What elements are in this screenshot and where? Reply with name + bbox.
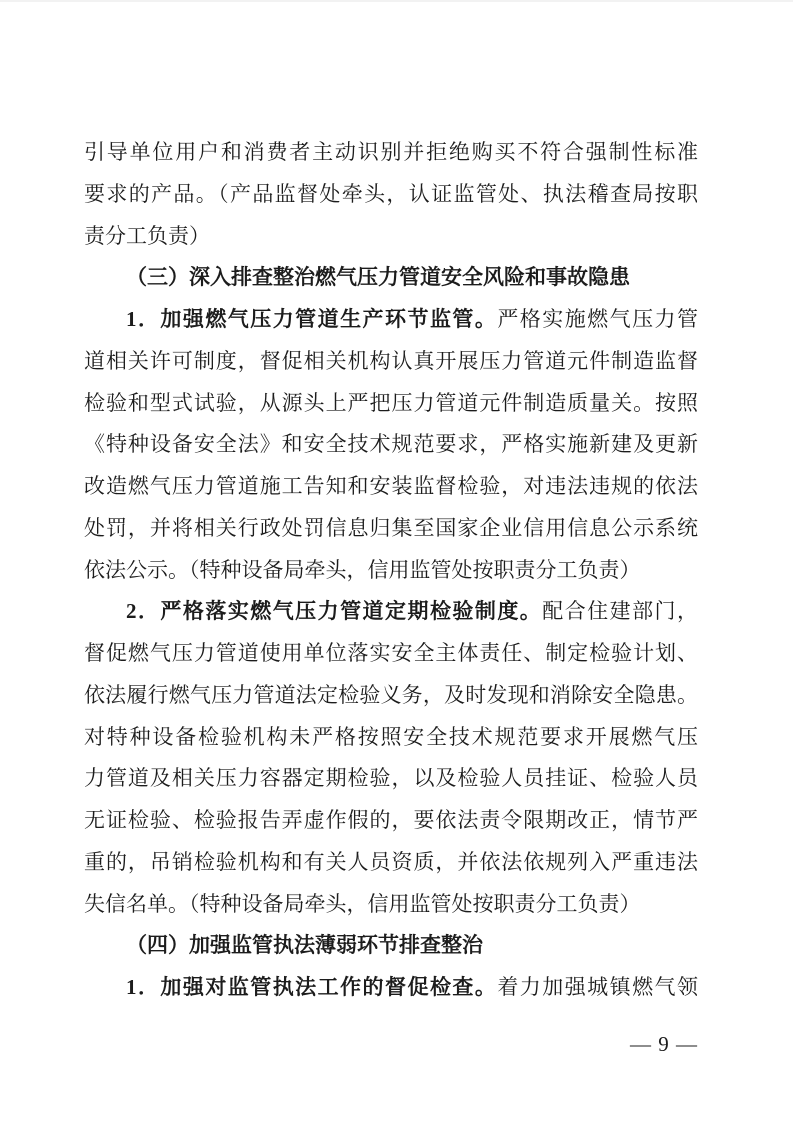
section-heading-line: （四）加强监管执法薄弱环节排查整治 (84, 925, 698, 967)
text-line: 无证检验、检验报告弄虚作假的，要依法责令限期改正，情节严 (84, 800, 698, 842)
body-text: 《特种设备安全法》和安全技术规范要求，严格实施新建及更新 (84, 432, 698, 456)
text-line: 检验和型式试验，从源头上严把压力管道元件制造质量关。按照 (84, 383, 698, 425)
body-text: 重的，吊销检验机构和有关人员资质，并依法依规列入严重违法 (84, 850, 698, 874)
section-heading-text: （四）加强监管执法薄弱环节排查整治 (126, 933, 483, 957)
body-text: 引导单位用户和消费者主动识别并拒绝购买不符合强制性标准 (84, 140, 698, 164)
text-line: 《特种设备安全法》和安全技术规范要求，严格实施新建及更新 (84, 424, 698, 466)
text-line: 力管道及相关压力容器定期检验，以及检验人员挂证、检验人员 (84, 758, 698, 800)
section-heading-text: （三）深入排查整治燃气压力管道安全风险和事故隐患 (126, 265, 630, 289)
body-text: 改造燃气压力管道施工告知和安装监督检验，对违法违规的依法 (84, 474, 698, 498)
bold-lead-text: 1．加强燃气压力管道生产环节监管。 (126, 307, 497, 331)
body-text: 着力加强城镇燃气领 (497, 975, 698, 999)
bold-lead-text: 2．严格落实燃气压力管道定期检验制度。 (126, 599, 542, 623)
text-line: 责分工负责） (84, 216, 698, 258)
text-line: 依法公示。（特种设备局牵头，信用监管处按职责分工负责） (84, 550, 698, 592)
text-line: 引导单位用户和消费者主动识别并拒绝购买不符合强制性标准 (84, 132, 698, 174)
text-line: 督促燃气压力管道使用单位落实安全主体责任、制定检验计划、 (84, 633, 698, 675)
body-text: 依法公示。（特种设备局牵头，信用监管处按职责分工负责） (84, 558, 641, 582)
body-text: 无证检验、检验报告弄虚作假的，要依法责令限期改正，情节严 (84, 808, 698, 832)
text-line: 道相关许可制度，督促相关机构认真开展压力管道元件制造监督 (84, 341, 698, 383)
document-body: 引导单位用户和消费者主动识别并拒绝购买不符合强制性标准要求的产品。（产品监督处牵… (84, 132, 698, 1009)
body-text: 检验和型式试验，从源头上严把压力管道元件制造质量关。按照 (84, 391, 698, 415)
text-line: 重的，吊销检验机构和有关人员资质，并依法依规列入严重违法 (84, 842, 698, 884)
body-text: 处罚，并将相关行政处罚信息归集至国家企业信用信息公示系统 (84, 516, 698, 540)
body-text: 道相关许可制度，督促相关机构认真开展压力管道元件制造监督 (84, 349, 698, 373)
body-text: 要求的产品。（产品监督处牵头，认证监管处、执法稽查局按职 (84, 182, 698, 206)
text-line: 对特种设备检验机构未严格按照安全技术规范要求开展燃气压 (84, 717, 698, 759)
text-line: 改造燃气压力管道施工告知和安装监督检验，对违法违规的依法 (84, 466, 698, 508)
section-heading-line: （三）深入排查整治燃气压力管道安全风险和事故隐患 (84, 257, 698, 299)
text-line: 2．严格落实燃气压力管道定期检验制度。配合住建部门， (84, 591, 698, 633)
body-text: 严格实施燃气压力管 (497, 307, 698, 331)
bold-lead-text: 1．加强对监管执法工作的督促检查。 (126, 975, 497, 999)
text-line: 1．加强燃气压力管道生产环节监管。严格实施燃气压力管 (84, 299, 698, 341)
text-line: 处罚，并将相关行政处罚信息归集至国家企业信用信息公示系统 (84, 508, 698, 550)
body-text: 对特种设备检验机构未严格按照安全技术规范要求开展燃气压 (84, 725, 698, 749)
body-text: 督促燃气压力管道使用单位落实安全主体责任、制定检验计划、 (84, 641, 698, 665)
body-text: 依法履行燃气压力管道法定检验义务，及时发现和消除安全隐患。 (84, 683, 698, 707)
text-line: 依法履行燃气压力管道法定检验义务，及时发现和消除安全隐患。 (84, 675, 698, 717)
text-line: 1．加强对监管执法工作的督促检查。着力加强城镇燃气领 (84, 967, 698, 1009)
page-number: — 9 — (630, 1031, 698, 1057)
body-text: 责分工负责） (84, 224, 210, 248)
text-line: 失信名单。（特种设备局牵头，信用监管处按职责分工负责） (84, 884, 698, 926)
body-text: 失信名单。（特种设备局牵头，信用监管处按职责分工负责） (84, 892, 641, 916)
body-text: 配合住建部门， (542, 599, 698, 623)
text-line: 要求的产品。（产品监督处牵头，认证监管处、执法稽查局按职 (84, 174, 698, 216)
body-text: 力管道及相关压力容器定期检验，以及检验人员挂证、检验人员 (84, 766, 698, 790)
document-page: 引导单位用户和消费者主动识别并拒绝购买不符合强制性标准要求的产品。（产品监督处牵… (0, 0, 793, 1122)
